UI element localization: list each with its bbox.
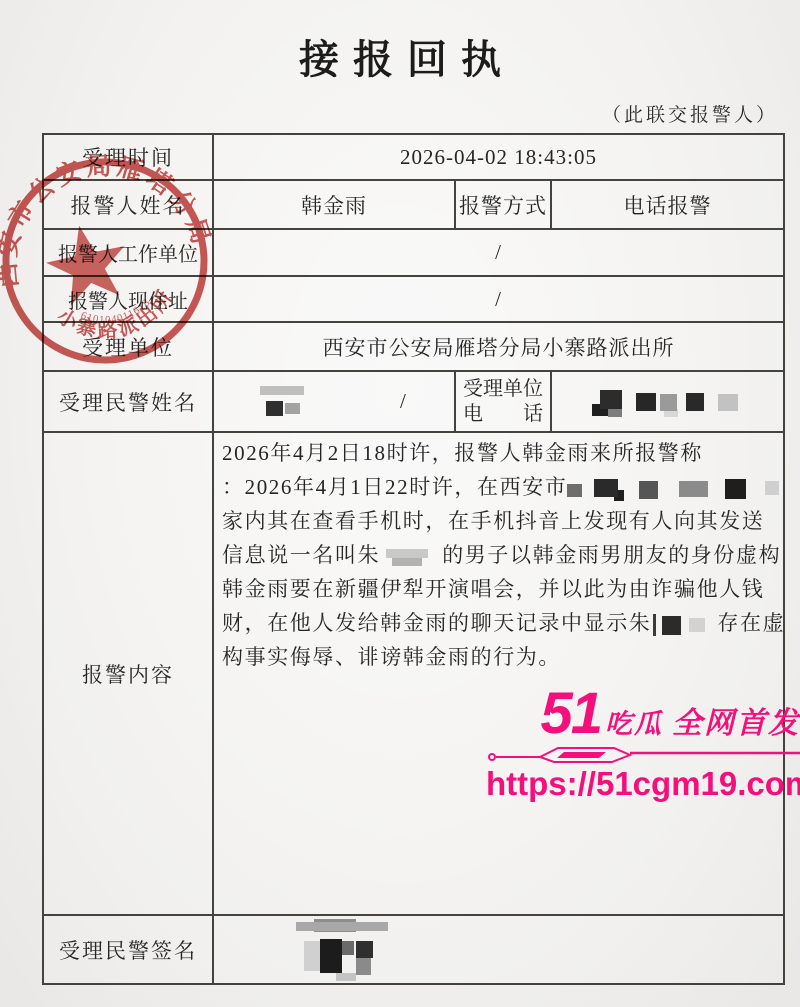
table-row-accept-time: 受理时间 2026-04-02 18:43:05 [44, 135, 783, 181]
unit-phone-label-char2: 话 [523, 402, 543, 427]
redaction-mosaic-officer-name [256, 386, 308, 418]
report-line: 信息说一名叫朱的男子以韩金雨男朋友的身份虚构 [222, 538, 800, 572]
reporter-name-label: 报警人姓名 [44, 181, 212, 228]
report-line: ：2026年4月1日22时许，在西安市 [222, 470, 800, 504]
accept-time-label: 受理时间 [44, 135, 212, 179]
report-line-text: 信息说一名叫朱 [222, 543, 380, 567]
officer-name-label: 受理民警姓名 [44, 372, 212, 431]
table-row-signature: 受理民警签名 [44, 916, 783, 983]
table-row-accept-unit: 受理单位 西安市公安局雁塔分局小寨路派出所 [44, 323, 783, 372]
reporter-name-value: 韩金雨 [212, 181, 454, 228]
report-line-text: 存在虚 [717, 611, 785, 635]
accept-unit-label: 受理单位 [44, 323, 212, 370]
report-line: 2026年4月2日18时许，报警人韩金雨来所报警称 [222, 436, 800, 470]
redaction-mosaic-name1 [384, 545, 432, 569]
report-line-text: 韩金雨要在新疆伊犁开演唱会，并以此为由诈骗他人钱 [222, 577, 764, 601]
report-content-value: 2026年4月2日18时许，报警人韩金雨来所报警称 ：2026年4月1日22时许… [212, 433, 800, 914]
report-line-text: 2026年4月2日18时许，报警人韩金雨来所报警称 [222, 441, 703, 465]
redaction-mosaic-signature [292, 919, 412, 981]
work-unit-value: / [212, 230, 783, 275]
officer-name-value: / [212, 372, 454, 431]
unit-phone-label-char1: 电 [463, 402, 483, 427]
report-line: 构事实侮辱、诽谤韩金雨的行为。 [222, 640, 800, 674]
unit-phone-label-line1: 受理单位 [463, 377, 543, 402]
table-row-officer: 受理民警姓名 / 受理单位 电 话 [44, 372, 783, 433]
page-title: 接报回执 [0, 28, 800, 85]
redaction-mosaic-phone [590, 385, 746, 419]
report-method-value: 电话报警 [550, 181, 783, 228]
report-line-text: 构事实侮辱、诽谤韩金雨的行为。 [222, 645, 561, 669]
receipt-table: 受理时间 2026-04-02 18:43:05 报警人姓名 韩金雨 报警方式 … [42, 133, 785, 985]
report-line-text: 的男子以韩金雨男朋友的身份虚构 [442, 543, 781, 567]
address-label: 报警人现住址 [44, 277, 212, 321]
report-line: 韩金雨要在新疆伊犁开演唱会，并以此为由诈骗他人钱 [222, 572, 800, 606]
accept-unit-value: 西安市公安局雁塔分局小寨路派出所 [212, 323, 783, 370]
redaction-mosaic-address [567, 475, 800, 503]
copy-note: （此联交报警人） [602, 100, 778, 127]
officer-name-slash: / [400, 389, 407, 414]
report-line-text: ：2026年4月1日22时许，在西安市 [222, 475, 567, 499]
report-line-text: 财，在他人发给韩金雨的聊天记录中显示朱 [222, 611, 651, 635]
report-line: 财，在他人发给韩金雨的聊天记录中显示朱存在虚 [222, 606, 800, 640]
table-row-report-content: 报警内容 2026年4月2日18时许，报警人韩金雨来所报警称 ：2026年4月1… [44, 433, 783, 916]
table-row-address: 报警人现住址 / [44, 277, 783, 323]
report-method-label: 报警方式 [454, 181, 550, 228]
unit-phone-label-line2: 电 话 [463, 402, 543, 427]
redaction-mosaic-name2 [653, 613, 709, 638]
report-receipt-document: 接报回执 （此联交报警人） 受理时间 2026-04-02 18:43:05 报… [0, 0, 800, 1007]
report-content-label: 报警内容 [44, 433, 212, 914]
work-unit-label: 报警人工作单位 [44, 230, 212, 275]
unit-phone-value [550, 372, 783, 431]
accept-time-value: 2026-04-02 18:43:05 [212, 135, 783, 179]
report-line: 家内其在查看手机时，在手机抖音上发现有人向其发送 [222, 504, 800, 538]
officer-signature-value [212, 916, 412, 983]
table-row-reporter: 报警人姓名 韩金雨 报警方式 电话报警 [44, 181, 783, 230]
unit-phone-label: 受理单位 电 话 [454, 372, 550, 431]
address-value: / [212, 277, 783, 321]
table-row-work-unit: 报警人工作单位 / [44, 230, 783, 277]
officer-signature-label: 受理民警签名 [44, 916, 212, 983]
report-line-text: 家内其在查看手机时，在手机抖音上发现有人向其发送 [222, 509, 764, 533]
